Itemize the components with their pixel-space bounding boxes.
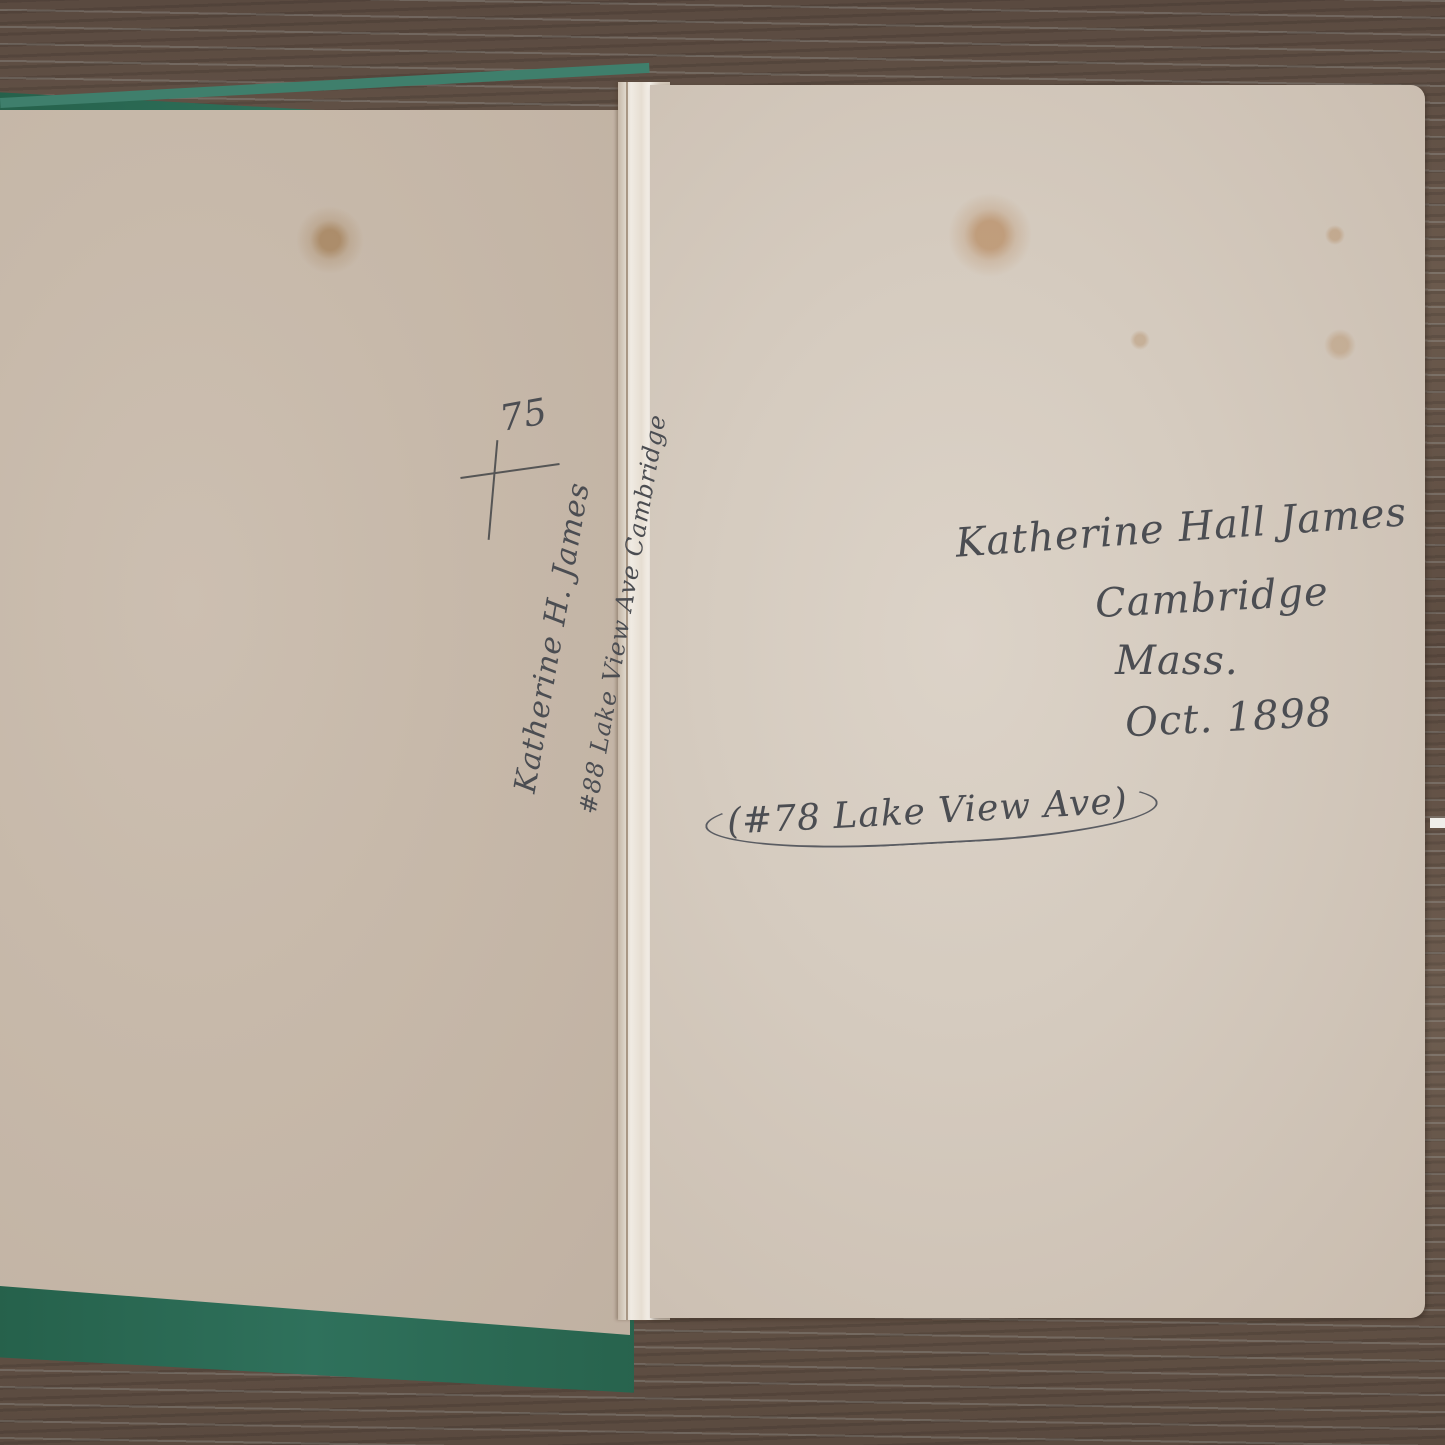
- paper-scrap: [1430, 818, 1445, 828]
- left-inventory-code: 75: [497, 391, 551, 440]
- cover-top-edge: [0, 63, 650, 108]
- photo-scene: 75 Katherine H. James #88 Lake View Ave …: [0, 0, 1445, 1445]
- state-inscription: Mass.: [1115, 638, 1239, 684]
